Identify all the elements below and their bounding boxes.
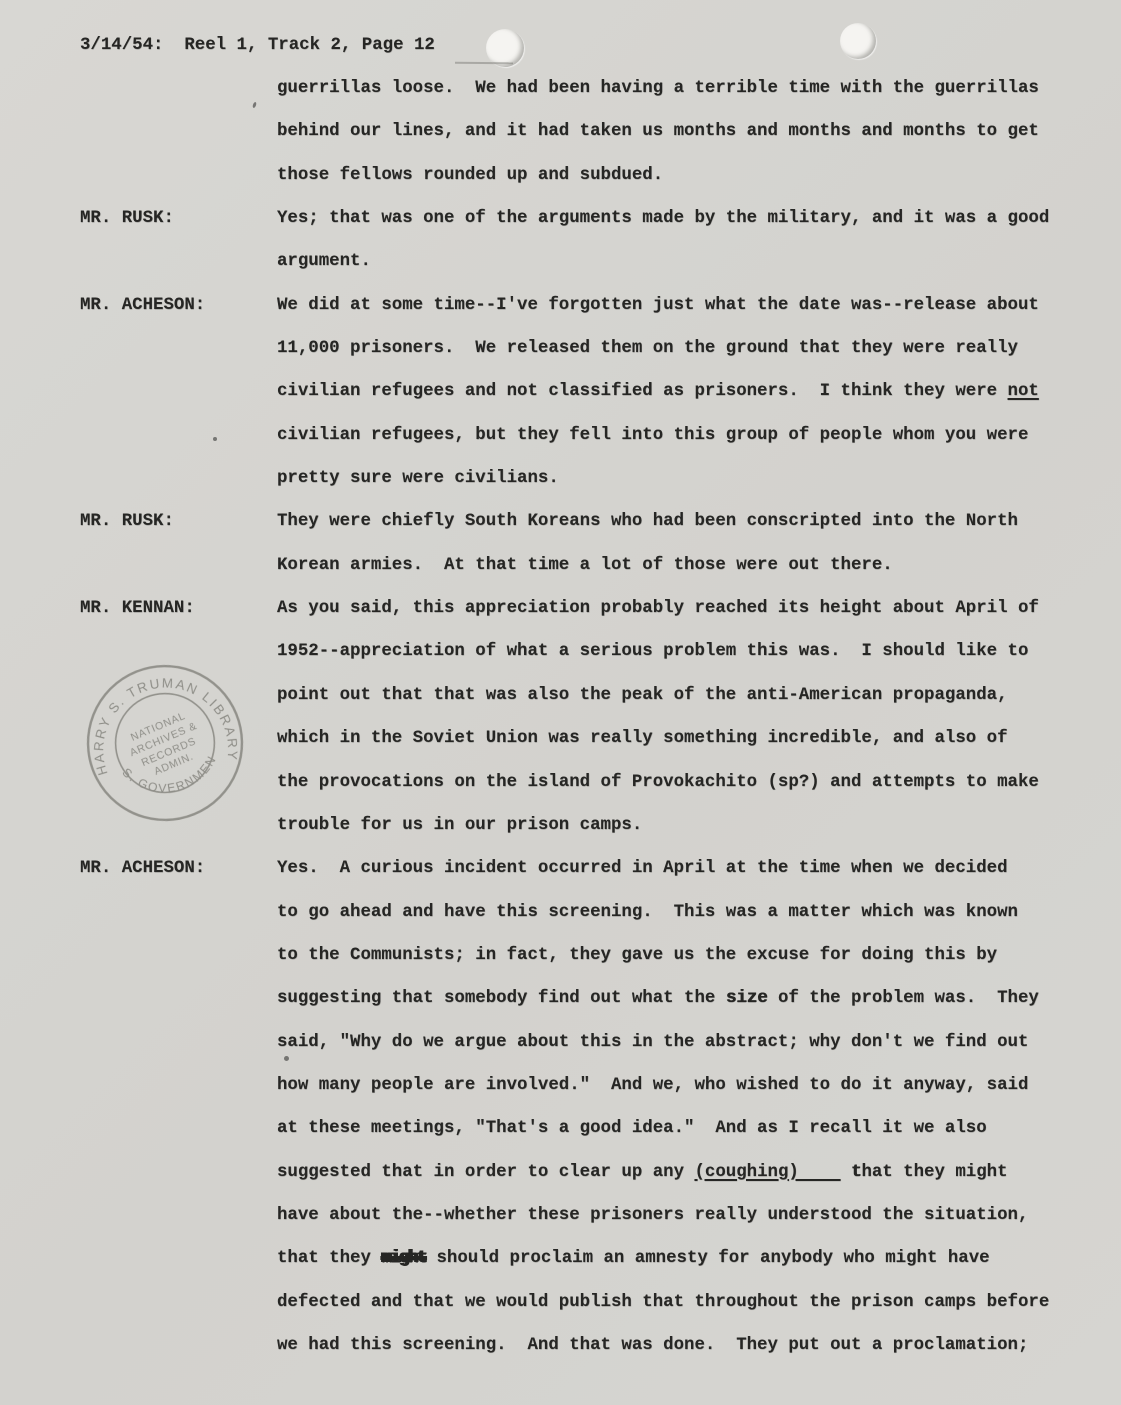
ink-speck	[213, 437, 217, 441]
line-text: behind our lines, and it had taken us mo…	[277, 122, 1039, 141]
archives-stamp: HARRY S. TRUMAN LIBRARY U.S. GOVERNMENT …	[76, 654, 254, 832]
line-text: the provocations on the island of Provok…	[277, 773, 1039, 792]
line-text: 11,000 prisoners. We released them on th…	[277, 339, 1018, 358]
line-text: point out that that was also the peak of…	[277, 686, 1008, 705]
line-text: As you said, this appreciation probably …	[277, 599, 1039, 618]
transcript-line: behind our lines, and it had taken us mo…	[80, 122, 1090, 165]
transcript-line: have about the--whether these prisoners …	[80, 1206, 1090, 1249]
transcript-line: MR. RUSK:They were chiefly South Koreans…	[80, 512, 1090, 555]
transcript-line: that they might should proclaim an amnes…	[80, 1249, 1090, 1292]
transcript-line: guerrillas loose. We had been having a t…	[80, 79, 1090, 122]
line-text: said, "Why do we argue about this in the…	[277, 1033, 1028, 1052]
line-text: civilian refugees, but they fell into th…	[277, 426, 1028, 445]
line-text: We did at some time--I've forgotten just…	[277, 296, 1039, 315]
speaker-label: MR. KENNAN:	[80, 599, 195, 618]
transcript-line: we had this screening. And that was done…	[80, 1336, 1090, 1379]
line-text: at these meetings, "That's a good idea."…	[277, 1119, 987, 1138]
transcript-line: suggesting that somebody find out what t…	[80, 989, 1090, 1032]
line-text: Korean armies. At that time a lot of tho…	[277, 556, 893, 575]
line-text: They were chiefly South Koreans who had …	[277, 512, 1018, 531]
document-page: 3/14/54: Reel 1, Track 2, Page 12 guerri…	[0, 0, 1121, 1405]
transcript-line: MR. ACHESON:We did at some time--I've fo…	[80, 296, 1090, 339]
transcript-line: to the Communists; in fact, they gave us…	[80, 946, 1090, 989]
line-text: we had this screening. And that was done…	[277, 1336, 1028, 1355]
transcript-line: to go ahead and have this screening. Thi…	[80, 903, 1090, 946]
line-text: which in the Soviet Union was really som…	[277, 729, 1008, 748]
speaker-label: MR. ACHESON:	[80, 296, 205, 315]
line-text: that they might should proclaim an amnes…	[277, 1249, 990, 1268]
hole-punch-right	[840, 23, 876, 59]
line-text: civilian refugees and not classified as …	[277, 382, 1039, 401]
line-text: suggesting that somebody find out what t…	[277, 989, 1039, 1008]
transcript-line: suggested that in order to clear up any …	[80, 1163, 1090, 1206]
transcript-line: trouble for us in our prison camps.	[80, 816, 1090, 859]
transcript-line: argument.	[80, 252, 1090, 295]
line-text: those fellows rounded up and subdued.	[277, 166, 663, 185]
pencil-mark	[455, 62, 513, 65]
transcript-line: MR. KENNAN:As you said, this appreciatio…	[80, 599, 1090, 642]
line-text: defected and that we would publish that …	[277, 1293, 1049, 1312]
transcript-line: civilian refugees and not classified as …	[80, 382, 1090, 425]
line-text: guerrillas loose. We had been having a t…	[277, 79, 1039, 98]
line-text: to go ahead and have this screening. Thi…	[277, 903, 1018, 922]
speaker-label: MR. RUSK:	[80, 209, 174, 228]
line-text: trouble for us in our prison camps.	[277, 816, 642, 835]
transcript-line: 11,000 prisoners. We released them on th…	[80, 339, 1090, 382]
ink-speck	[284, 1056, 289, 1061]
transcript-line: those fellows rounded up and subdued.	[80, 166, 1090, 209]
speaker-label: MR. RUSK:	[80, 512, 174, 531]
line-text: how many people are involved." And we, w…	[277, 1076, 1028, 1095]
line-text: 1952--appreciation of what a serious pro…	[277, 642, 1028, 661]
transcript-line: Korean armies. At that time a lot of tho…	[80, 556, 1090, 599]
transcript-line: said, "Why do we argue about this in the…	[80, 1033, 1090, 1076]
transcript-line: civilian refugees, but they fell into th…	[80, 426, 1090, 469]
transcript-line: defected and that we would publish that …	[80, 1293, 1090, 1336]
speaker-label: MR. ACHESON:	[80, 859, 205, 878]
line-text: have about the--whether these prisoners …	[277, 1206, 1028, 1225]
transcript-line: MR. ACHESON:Yes. A curious incident occu…	[80, 859, 1090, 902]
transcript-line: MR. RUSK:Yes; that was one of the argume…	[80, 209, 1090, 252]
line-text: pretty sure were civilians.	[277, 469, 559, 488]
line-text: Yes. A curious incident occurred in Apri…	[277, 859, 1008, 878]
line-text: argument.	[277, 252, 371, 271]
line-text: Yes; that was one of the arguments made …	[277, 209, 1049, 228]
transcript-line: pretty sure were civilians.	[80, 469, 1090, 512]
transcript-line: how many people are involved." And we, w…	[80, 1076, 1090, 1119]
line-text: suggested that in order to clear up any …	[277, 1163, 1008, 1182]
transcript-line: at these meetings, "That's a good idea."…	[80, 1119, 1090, 1162]
page-header: 3/14/54: Reel 1, Track 2, Page 12	[80, 36, 435, 55]
line-text: to the Communists; in fact, they gave us…	[277, 946, 997, 965]
